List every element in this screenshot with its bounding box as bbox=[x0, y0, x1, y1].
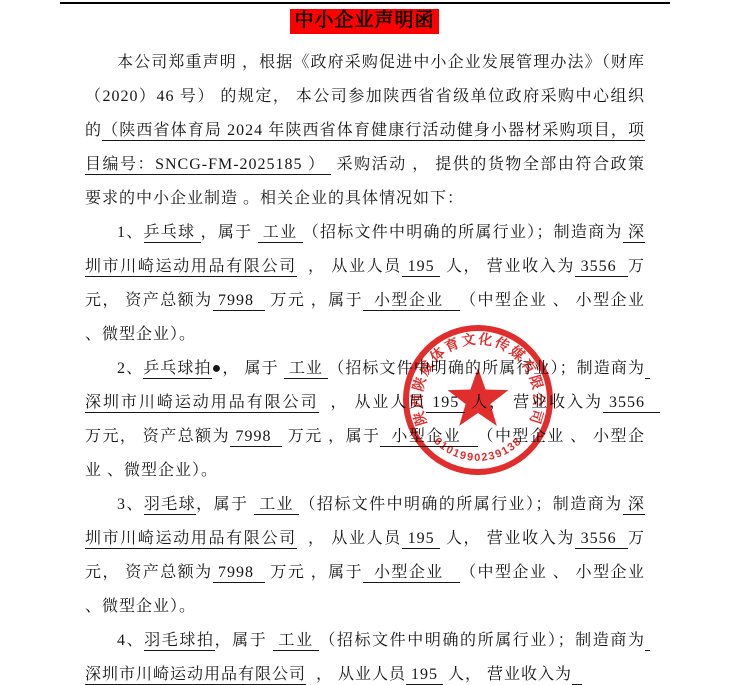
text-run: 万元 ，属于 bbox=[265, 292, 363, 309]
underlined-field: 小型企业 bbox=[363, 292, 460, 311]
declaration-document-page: { "title": "中小企业声明函", "colors": { "title… bbox=[0, 0, 729, 685]
text-run: 万元 ，属于 bbox=[265, 564, 363, 581]
text-run: 为 bbox=[628, 632, 645, 649]
text-run: 人， 营业收入为 bbox=[443, 666, 572, 683]
text-run: ， 从业人员 bbox=[319, 394, 427, 411]
underlined-field: 7998 bbox=[213, 564, 265, 583]
document-body: 本公司郑重声明 ，根据《政府采购促进中小企业发展管理办法》（财库（2020）46… bbox=[85, 46, 645, 685]
underlined-field: 羽毛球拍 bbox=[144, 632, 214, 651]
underlined-field: 工业 bbox=[254, 496, 300, 515]
underlined-field: 小型企业 bbox=[380, 428, 477, 447]
underlined-field: 195 bbox=[426, 394, 465, 413]
underlined-field: 195 bbox=[402, 530, 440, 549]
text-run: （招标文件中明确的所属行业）；制造商 bbox=[319, 632, 628, 649]
text-run: ， 从业人员 bbox=[306, 666, 406, 683]
underlined-field: 工业 bbox=[284, 360, 328, 379]
underlined-field: 195 bbox=[406, 666, 443, 685]
text-run: ，属于 bbox=[201, 224, 258, 241]
top-horizontal-rule bbox=[60, 2, 670, 4]
text-run: （招标文件中明确的所属行业）；制造商为 bbox=[328, 360, 645, 377]
text-run: 人， 营业收入为 bbox=[440, 530, 575, 547]
underlined-field: 3556 bbox=[575, 258, 628, 277]
text-run: 人， 营业收入为 bbox=[440, 258, 575, 275]
underlined-field: 羽毛球 bbox=[144, 496, 196, 515]
text-run: ， 从业人员 bbox=[297, 258, 402, 275]
underlined-field: 7998 bbox=[213, 292, 265, 311]
text-run: 2、 bbox=[117, 360, 143, 377]
paragraph: 3、羽毛球，属于 工业 （招标文件中明确的所属行业）；制造商为 深圳市川崎运动用… bbox=[85, 488, 645, 624]
paragraph: 1、乒乓球 ，属于 工业 （招标文件中明确的所属行业）；制造商为 深圳市川崎运动… bbox=[85, 216, 645, 352]
text-run: （招标文件中明确的所属行业）；制造商为 bbox=[303, 224, 623, 241]
text-run: 万元， 资产总额为 bbox=[85, 428, 230, 445]
paragraph: 4、羽毛球拍，属于 工业 （招标文件中明确的所属行业）；制造商为 深圳市川崎运动… bbox=[85, 624, 645, 685]
text-run: ， 从业人员 bbox=[297, 530, 402, 547]
text-run: ，属于 bbox=[196, 496, 254, 513]
underlined-field bbox=[572, 666, 582, 685]
underlined-field: 3556 bbox=[575, 530, 628, 549]
text-run: （招标文件中明确的所属行业）；制造商为 bbox=[299, 496, 622, 513]
text-run: ●， 属于 bbox=[212, 360, 284, 377]
text-run: ，属于 bbox=[215, 632, 273, 649]
text-run: 1、 bbox=[117, 224, 144, 241]
underlined-field: 3556 bbox=[603, 394, 660, 413]
paragraph: 2、乒乓球拍●， 属于 工业 （招标文件中明确的所属行业）；制造商为 深圳市川崎… bbox=[85, 352, 645, 488]
text-run: 万元 ，属于 bbox=[282, 428, 380, 445]
text-run: 3、 bbox=[117, 496, 144, 513]
underlined-field: 乒乓球 bbox=[144, 224, 201, 243]
underlined-field: 工业 bbox=[258, 224, 303, 243]
title-row: 中小企业声明函 bbox=[0, 9, 729, 34]
paragraph: 本公司郑重声明 ，根据《政府采购促进中小企业发展管理办法》（财库（2020）46… bbox=[85, 46, 645, 216]
text-run: 人， 营业收入为 bbox=[465, 394, 603, 411]
underlined-field: 乒乓球拍 bbox=[143, 360, 211, 379]
text-run: 4、 bbox=[117, 632, 144, 649]
underlined-field: 工业 bbox=[273, 632, 319, 651]
underlined-field: 195 bbox=[402, 258, 440, 277]
underlined-field: 7998 bbox=[230, 428, 282, 447]
underlined-field: 小型企业 bbox=[363, 564, 460, 583]
page-title: 中小企业声明函 bbox=[290, 9, 438, 34]
